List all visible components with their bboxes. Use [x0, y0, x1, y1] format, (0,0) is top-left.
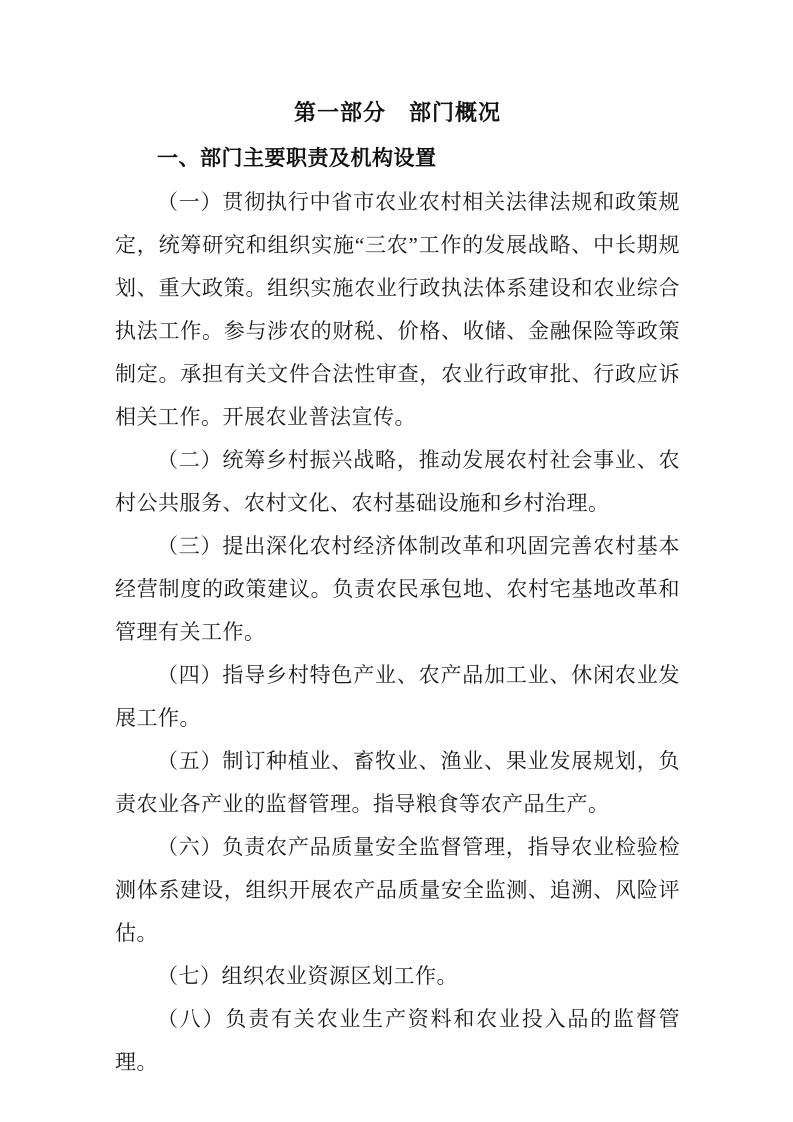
document-body: （一）贯彻执行中省市农业农村相关法律法规和政策规定，统筹研究和组织实施“三农”工…	[115, 181, 680, 1084]
document-page: 第一部分 部门概况 一、部门主要职责及机构设置 （一）贯彻执行中省市农业农村相关…	[0, 0, 793, 1122]
paragraph-item-5: （五）制订种植业、畜牧业、渔业、果业发展规划，负责农业各产业的监督管理。指导粮食…	[115, 740, 680, 826]
document-title: 第一部分 部门概况	[115, 96, 680, 130]
paragraph-item-7: （七）组织农业资源区划工作。	[115, 955, 680, 998]
section-heading: 一、部门主要职责及机构设置	[115, 143, 680, 175]
paragraph-item-3: （三）提出深化农村经济体制改革和巩固完善农村基本经营制度的政策建议。负责农民承包…	[115, 525, 680, 654]
paragraph-item-2: （二）统筹乡村振兴战略，推动发展农村社会事业、农村公共服务、农村文化、农村基础设…	[115, 439, 680, 525]
paragraph-item-1: （一）贯彻执行中省市农业农村相关法律法规和政策规定，统筹研究和组织实施“三农”工…	[115, 181, 680, 439]
paragraph-item-8: （八）负责有关农业生产资料和农业投入品的监督管理。	[115, 998, 680, 1084]
paragraph-item-6: （六）负责农产品质量安全监督管理，指导农业检验检测体系建设，组织开展农产品质量安…	[115, 826, 680, 955]
paragraph-item-4: （四）指导乡村特色产业、农产品加工业、休闲农业发展工作。	[115, 654, 680, 740]
